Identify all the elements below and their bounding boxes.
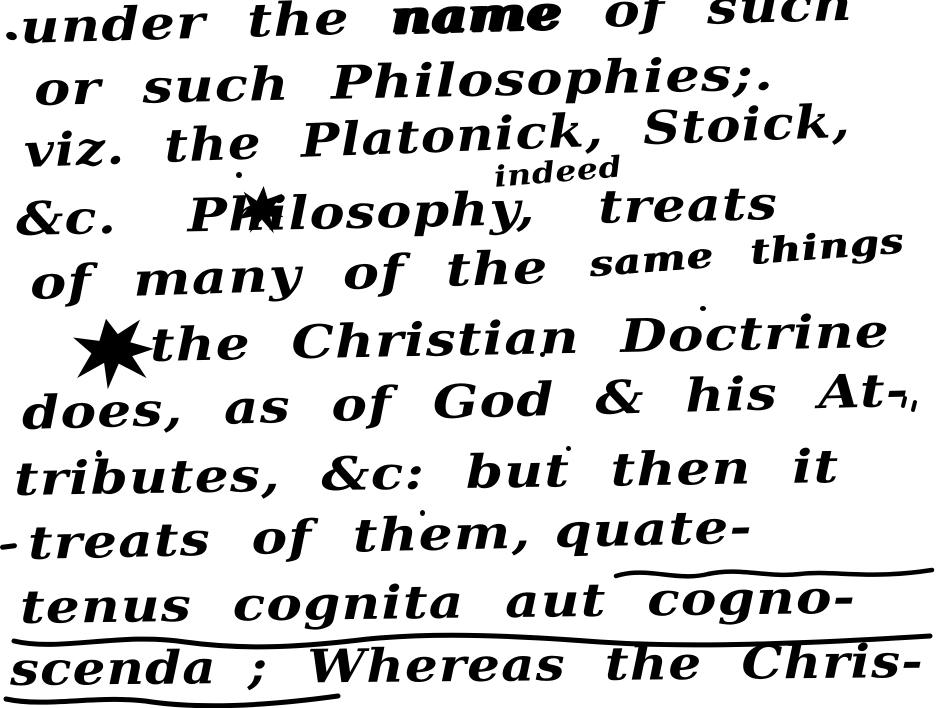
line-4-text-before: &c.	[15, 190, 117, 246]
line-5-text: of many of the	[29, 240, 549, 310]
manuscript-page: under the name of such or such Philosoph…	[0, 0, 936, 708]
ink-tick-mark-line-7	[911, 400, 918, 413]
ink-speck	[236, 172, 242, 178]
line-8-text: tributes, &c: but then it	[14, 439, 840, 506]
line-9-text: treats of them,	[27, 505, 531, 570]
line-4-word: Philosophy,	[187, 181, 536, 242]
line-1-text-after: of such	[603, 0, 855, 38]
ink-speck	[566, 446, 571, 451]
manuscript-line-5: of many of thesame things	[29, 231, 905, 309]
line-11-underlined-word: scenda	[10, 640, 217, 696]
line-9-underlined-word: quate-	[554, 500, 754, 558]
line-11-text: ; Whereas the Chris-	[248, 634, 924, 694]
underline-scenda	[6, 696, 338, 706]
ink-dot-before-first-word	[5, 30, 18, 41]
ink-blot-struck-word-line-6	[70, 313, 159, 393]
line-1-overwritten-word: name	[390, 0, 563, 44]
manuscript-line-11: scenda; Whereas the Chris-	[10, 636, 924, 695]
manuscript-line-1: under the name of such	[19, 0, 854, 53]
line-4-text-after: treats	[598, 176, 779, 234]
line-7-text: does, as of God & his At-	[21, 363, 909, 440]
manuscript-line-6: the Christian Doctrine	[150, 306, 891, 371]
manuscript-line-9: treats of them,quate-	[27, 502, 753, 569]
line-6-text: the Christian Doctrine	[149, 304, 890, 372]
line-10-underlined-text: tenus cognita aut cogno-	[20, 570, 857, 634]
ink-speck	[420, 510, 425, 516]
ink-speck	[700, 306, 706, 311]
ink-speck	[96, 450, 102, 457]
manuscript-line-8: tributes, &c: but then it	[14, 441, 840, 505]
manuscript-line-7: does, as of God & his At-	[21, 365, 909, 439]
ink-speck	[540, 352, 545, 357]
manuscript-line-10: tenus cognita aut cogno-	[20, 572, 857, 633]
line-1-text-before: under the	[19, 0, 350, 54]
manuscript-line-4: &c.Philosophy, treats indeed	[15, 178, 778, 245]
margin-dash-line-9	[0, 543, 17, 550]
